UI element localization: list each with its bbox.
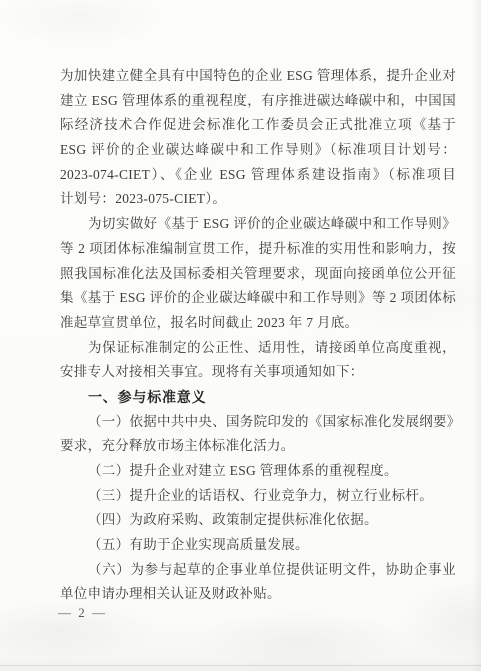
document-line: （一）依据中共中央、国务院印发的《国家标准化发展纲要》 [60, 410, 456, 435]
document-line: 计划号：2023-075-CIET）。 [60, 187, 456, 212]
document-line: 安排专人对接相关事宜。现将有关事项通知如下： [60, 360, 456, 385]
document-page: 为加快建立健全具有中国特色的企业 ESG 管理体系，提升企业对建立 ESG 管理… [0, 0, 481, 671]
scan-edge-line-bottom [0, 665, 481, 666]
document-line: 照我国标准化法及国标委相关管理要求，现面向接函单位公开征 [60, 262, 456, 287]
document-line: （二）提升企业对建立 ESG 管理体系的重视程度。 [60, 459, 456, 484]
document-body: 为加快建立健全具有中国特色的企业 ESG 管理体系，提升企业对建立 ESG 管理… [60, 64, 456, 607]
document-line: （三）提升企业的话语权、行业竞争力，树立行业标杆。 [60, 484, 456, 509]
document-line: 为切实做好《基于 ESG 评价的企业碳达峰碳中和工作导则》 [60, 212, 456, 237]
document-line: （五）有助于企业实现高质量发展。 [60, 533, 456, 558]
document-line: （四）为政府采购、政策制定提供标准化依据。 [60, 508, 456, 533]
document-line: 集《基于 ESG 评价的企业碳达峰碳中和工作导则》等 2 项团体标 [60, 286, 456, 311]
document-line: 等 2 项团体标准编制宣贯工作，提升标准的实用性和影响力，按 [60, 237, 456, 262]
document-line: （六）为参与起草的企事业单位提供证明文件，协助企事业 [60, 558, 456, 583]
document-line: 为保证标准制定的公正性、适用性，请接函单位高度重视， [60, 336, 456, 361]
page-number: — 2 — [58, 603, 107, 623]
scan-edge-shadow-right [472, 0, 481, 671]
document-line: 为加快建立健全具有中国特色的企业 ESG 管理体系，提升企业对 [60, 64, 456, 89]
document-line: 单位申请办理相关认证及财政补贴。 [60, 582, 456, 607]
document-line: 建立 ESG 管理体系的重视程度，有序推进碳达峰碳中和，中国国 [60, 89, 456, 114]
document-line: 2023-074-CIET）、《企业 ESG 管理体系建设指南》（标准项目 [60, 163, 456, 188]
section-heading: 一、参与标准意义 [60, 385, 456, 410]
document-line: ESG 评价的企业碳达峰碳中和工作导则》（标准项目计划号： [60, 138, 456, 163]
document-line: 准起草宣贯单位，报名时间截止 2023 年 7 月底。 [60, 311, 456, 336]
document-line: 际经济技术合作促进会标准化工作委员会正式批准立项《基于 [60, 113, 456, 138]
document-line: 要求，充分释放市场主体标准化活力。 [60, 434, 456, 459]
